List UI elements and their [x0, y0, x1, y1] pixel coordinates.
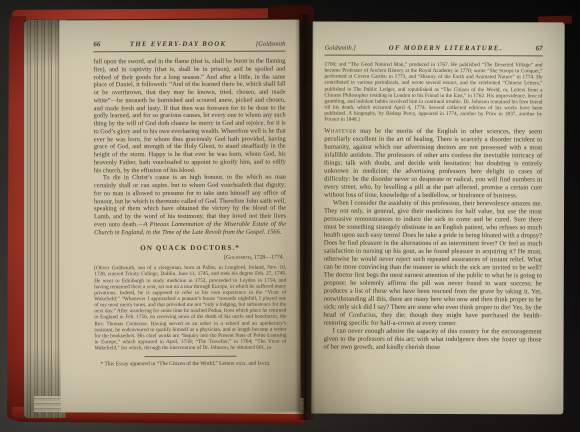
- section-byline: [Goldsmith, 1728—1774.: [94, 255, 284, 262]
- footnote: * This Essay appeared in “The Citizen of…: [95, 361, 287, 368]
- biographical-note: [Oliver Goldsmith, son of a clergyman, b…: [94, 265, 286, 352]
- header-rule: [325, 55, 543, 57]
- left-body-paragraph: fall upon the sword, and in the flame (t…: [93, 58, 285, 175]
- book-gutter-shadow: [295, 14, 315, 420]
- left-page: 66 THE EVERY-DAY BOOK [Goldsmith fall up…: [59, 20, 300, 413]
- right-body-paragraph: I can never enough admire the sagacity o…: [324, 327, 542, 352]
- left-header-margin-note: [Goldsmith: [256, 41, 286, 48]
- left-body-paragraph: To die in Christ’s cause is an high hono…: [94, 174, 286, 237]
- right-page-header: Goldsmith.] OF MODERN LITERATURE. 67: [325, 44, 543, 53]
- header-rule: [93, 51, 285, 53]
- left-page-header: 66 THE EVERY-DAY BOOK [Goldsmith: [93, 40, 285, 49]
- right-body-paragraph: Whatever may be the merits of the Englis…: [324, 128, 542, 200]
- right-running-head: OF MODERN LITERATURE.: [389, 45, 503, 52]
- right-page-number: 67: [536, 44, 543, 52]
- book-cover-top-edge: [12, 8, 292, 20]
- footnote-rule: [144, 356, 236, 357]
- open-book-photo: 66 THE EVERY-DAY BOOK [Goldsmith fall up…: [0, 0, 580, 432]
- right-header-margin-note: Goldsmith.]: [325, 45, 356, 52]
- section-heading: ON QUACK DOCTORS.*: [94, 244, 286, 253]
- paragraph-text: may be the merits of the English in othe…: [324, 128, 542, 199]
- left-page-number: 66: [93, 40, 100, 48]
- lead-word-small-caps: Whatever: [324, 128, 356, 135]
- right-body-paragraph: When I consider the assiduity of this pr…: [324, 200, 542, 328]
- left-running-head: THE EVERY-DAY BOOK: [130, 41, 226, 48]
- biographical-note-continued: 1766; and “The Good Natured Man,” produc…: [324, 62, 542, 124]
- right-page: Goldsmith.] OF MODERN LITERATURE. 67 176…: [311, 22, 564, 415]
